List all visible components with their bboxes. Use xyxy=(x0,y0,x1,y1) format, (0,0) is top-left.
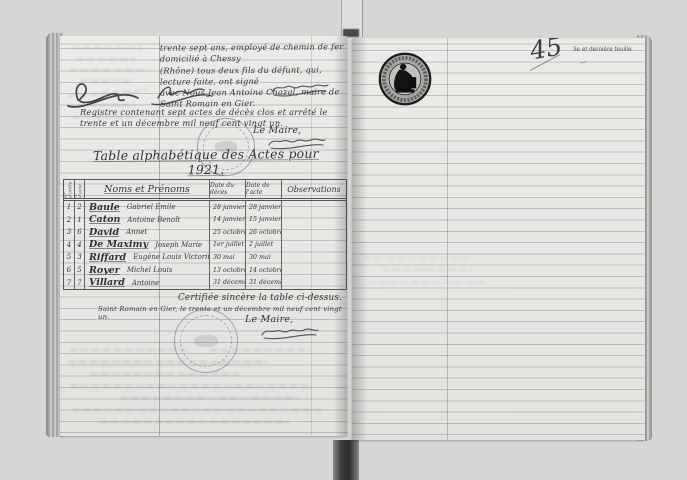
header-act-date: Date de l'acte xyxy=(246,180,282,198)
bleedthrough-mark xyxy=(70,348,190,352)
witness-signature-icon xyxy=(152,87,212,104)
bottom-spine-strip xyxy=(333,440,359,480)
le-maire-label: Le Maire, xyxy=(253,125,301,136)
cell-act-date: 14 octobre xyxy=(246,264,282,277)
bleedthrough-mark xyxy=(120,396,300,400)
cell-act-date: 15 janvier xyxy=(246,214,282,227)
closure-statement-line: Registre contenant sept actes de décès c… xyxy=(80,107,347,118)
bleedthrough-mark xyxy=(382,268,472,272)
mayor-signature xyxy=(258,326,328,342)
mayor-signature-icon xyxy=(272,85,328,96)
cell-name: CatonAntoine Benoît xyxy=(85,214,210,227)
cell-act-date: 26 octobre xyxy=(246,226,282,239)
bleedthrough-mark xyxy=(70,384,310,388)
table-row: 2 1 CatonAntoine Benoît 14 janvier 15 ja… xyxy=(64,214,346,227)
bleedthrough-mark xyxy=(68,360,268,364)
cell-order-number: 5 xyxy=(64,251,75,264)
cell-act-number: 5 xyxy=(75,264,85,277)
page-crease xyxy=(447,38,448,440)
cell-order-number: 6 xyxy=(64,264,75,277)
register-scan: trente sept ans, employé de chemin de fe… xyxy=(0,0,687,480)
cell-act-number: 7 xyxy=(75,276,85,289)
cell-death-date: 14 janvier xyxy=(210,214,246,227)
bleedthrough-mark xyxy=(72,46,142,50)
cell-observations xyxy=(282,214,346,227)
table-row: 3 6 DavidAnnet 25 octobre 26 octobre xyxy=(64,226,346,239)
bleedthrough-mark xyxy=(76,57,136,61)
closing-paragraph-line: trente sept ans, employé de chemin de fe… xyxy=(160,41,346,65)
header-death-date: Date du décès xyxy=(210,180,246,198)
cell-name: DavidAnnet xyxy=(85,226,210,239)
cell-act-date: 31 décembre xyxy=(246,276,282,289)
cell-observations xyxy=(282,226,346,239)
cell-observations xyxy=(282,239,346,252)
cell-death-date: 13 octobre xyxy=(210,264,246,277)
cell-observations xyxy=(282,264,346,277)
cell-observations xyxy=(282,201,346,214)
cell-act-number: 3 xyxy=(75,251,85,264)
cell-act-date: 28 janvier xyxy=(246,201,282,214)
le-maire-label: Le Maire, xyxy=(245,314,293,325)
bleedthrough-mark xyxy=(72,408,322,412)
cell-act-date: 30 mai xyxy=(246,251,282,264)
cell-observations xyxy=(282,251,346,264)
cell-death-date: 28 janvier xyxy=(210,201,246,214)
pencil-mark xyxy=(580,57,587,63)
table-row: 7 7 VillardAntoine 31 décembre 31 décemb… xyxy=(64,276,346,289)
certification-line: Certifiée sincère la table ci-dessus. xyxy=(178,293,342,303)
signature-scribbles xyxy=(62,78,344,110)
cell-act-date: 2 juillet xyxy=(246,239,282,252)
cell-death-date: 1er juillet xyxy=(210,239,246,252)
cell-act-number: 1 xyxy=(75,214,85,227)
cell-name: VillardAntoine xyxy=(85,276,210,289)
cell-act-number: 6 xyxy=(75,226,85,239)
top-spine-strip xyxy=(341,0,363,37)
sheet-number-label: 3e et dernière feuille xyxy=(573,47,632,53)
bleedthrough-mark xyxy=(70,68,145,72)
cell-name: RoyerMichel Louis xyxy=(85,264,210,277)
table-row: 1 2 BauleGabriel Emile 28 janvier 28 jan… xyxy=(64,201,346,214)
cell-name: BauleGabriel Emile xyxy=(85,201,210,214)
table-row: 5 3 RiffardEugène Louis Victorin 30 mai … xyxy=(64,251,346,264)
header-act-number: N° d'acte xyxy=(75,180,85,198)
table-row: 6 5 RoyerMichel Louis 13 octobre 14 octo… xyxy=(64,264,346,277)
header-order-number: N° d'ordre xyxy=(64,180,75,198)
cell-death-date: 31 décembre xyxy=(210,276,246,289)
cell-death-date: 30 mai xyxy=(210,251,246,264)
bleedthrough-mark xyxy=(100,420,290,424)
cell-name: RiffardEugène Louis Victorin xyxy=(85,251,210,264)
alphabetical-table: N° d'ordre N° d'acte Noms et Prénoms Dat… xyxy=(63,179,347,290)
left-page: trente sept ans, employé de chemin de fe… xyxy=(60,36,347,436)
bleedthrough-mark xyxy=(90,372,240,376)
cell-observations xyxy=(282,276,346,289)
cell-act-number: 2 xyxy=(75,201,85,214)
table-title: Table alphabétique des Actes pour 1921. xyxy=(78,146,334,179)
witness-signature-icon xyxy=(68,84,138,107)
cell-order-number: 2 xyxy=(64,214,75,227)
table-row: 4 4 De MaximyJoseph Marie 1er juillet 2 … xyxy=(64,239,346,252)
cell-order-number: 3 xyxy=(64,226,75,239)
bleedthrough-mark xyxy=(210,348,310,352)
table-header-row: N° d'ordre N° d'acte Noms et Prénoms Dat… xyxy=(64,180,346,201)
header-observations: Observations xyxy=(282,180,346,198)
cell-order-number: 7 xyxy=(64,276,75,289)
official-stamp-figure xyxy=(377,51,433,107)
cell-act-number: 4 xyxy=(75,239,85,252)
cell-death-date: 25 octobre xyxy=(210,226,246,239)
right-page: 45 3e et dernière feuille xyxy=(352,38,645,440)
header-names: Noms et Prénoms xyxy=(85,180,210,198)
bleedthrough-mark xyxy=(364,256,474,260)
official-stamp-icon xyxy=(377,51,433,107)
cell-name: De MaximyJoseph Marie xyxy=(85,239,210,252)
cell-order-number: 1 xyxy=(64,201,75,214)
cell-order-number: 4 xyxy=(64,239,75,252)
bleedthrough-mark xyxy=(367,280,487,284)
